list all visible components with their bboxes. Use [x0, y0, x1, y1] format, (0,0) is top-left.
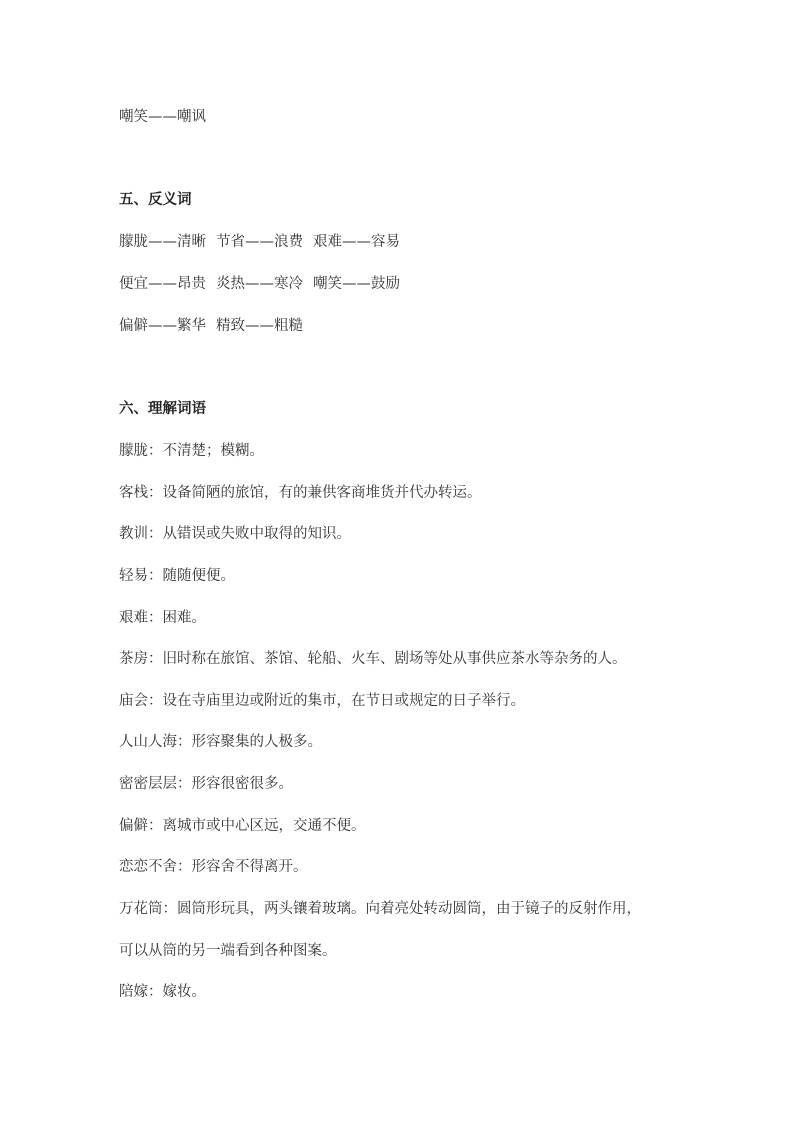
antonym-pair: 精致——粗糙 [216, 318, 303, 334]
definition-line: 客栈：设备简陋的旅馆，有的兼供客商堆货并代办转运。 [119, 483, 482, 503]
definition-line-continued: 可以从筒的另一端看到各种图案。 [119, 941, 337, 961]
antonym-line: 便宜——昂贵炎热——寒冷嘲笑——鼓励 [119, 274, 400, 294]
definition-line: 庙会：设在寺庙里边或附近的集市，在节日或规定的日子举行。 [119, 691, 525, 711]
definition-line: 朦胧：不清楚；模糊。 [119, 441, 264, 461]
definition-line: 艰难：困难。 [119, 608, 206, 628]
antonym-line: 朦胧——清晰节省——浪费艰难——容易 [119, 232, 400, 252]
section-heading-antonyms: 五、反义词 [119, 190, 192, 210]
antonym-line: 偏僻——繁华精致——粗糙 [119, 316, 303, 336]
antonym-pair: 嘲笑——鼓励 [313, 276, 400, 292]
definition-line: 密密层层：形容很密很多。 [119, 774, 293, 794]
synonym-pair: 嘲笑——嘲讽 [119, 107, 206, 127]
antonym-pair: 炎热——寒冷 [216, 276, 303, 292]
definition-line: 人山人海：形容聚集的人极多。 [119, 732, 322, 752]
definition-line: 恋恋不舍：形容舍不得离开。 [119, 857, 308, 877]
section-heading-vocabulary: 六、理解词语 [119, 399, 206, 419]
definition-line: 偏僻：离城市或中心区远，交通不便。 [119, 816, 366, 836]
antonym-pair: 节省——浪费 [216, 234, 303, 250]
antonym-pair: 偏僻——繁华 [119, 318, 206, 334]
definition-line: 茶房：旧时称在旅馆、茶馆、轮船、火车、剧场等处从事供应茶水等杂务的人。 [119, 649, 627, 669]
antonym-pair: 便宜——昂贵 [119, 276, 206, 292]
definition-line: 陪嫁：嫁妆。 [119, 982, 206, 1002]
antonym-pair: 朦胧——清晰 [119, 234, 206, 250]
definition-line: 万花筒：圆筒形玩具，两头镶着玻璃。向着亮处转动圆筒，由于镜子的反射作用， [119, 899, 641, 919]
definition-line: 轻易：随随便便。 [119, 566, 235, 586]
definition-line: 教训：从错误或失败中取得的知识。 [119, 524, 351, 544]
antonym-pair: 艰难——容易 [313, 234, 400, 250]
